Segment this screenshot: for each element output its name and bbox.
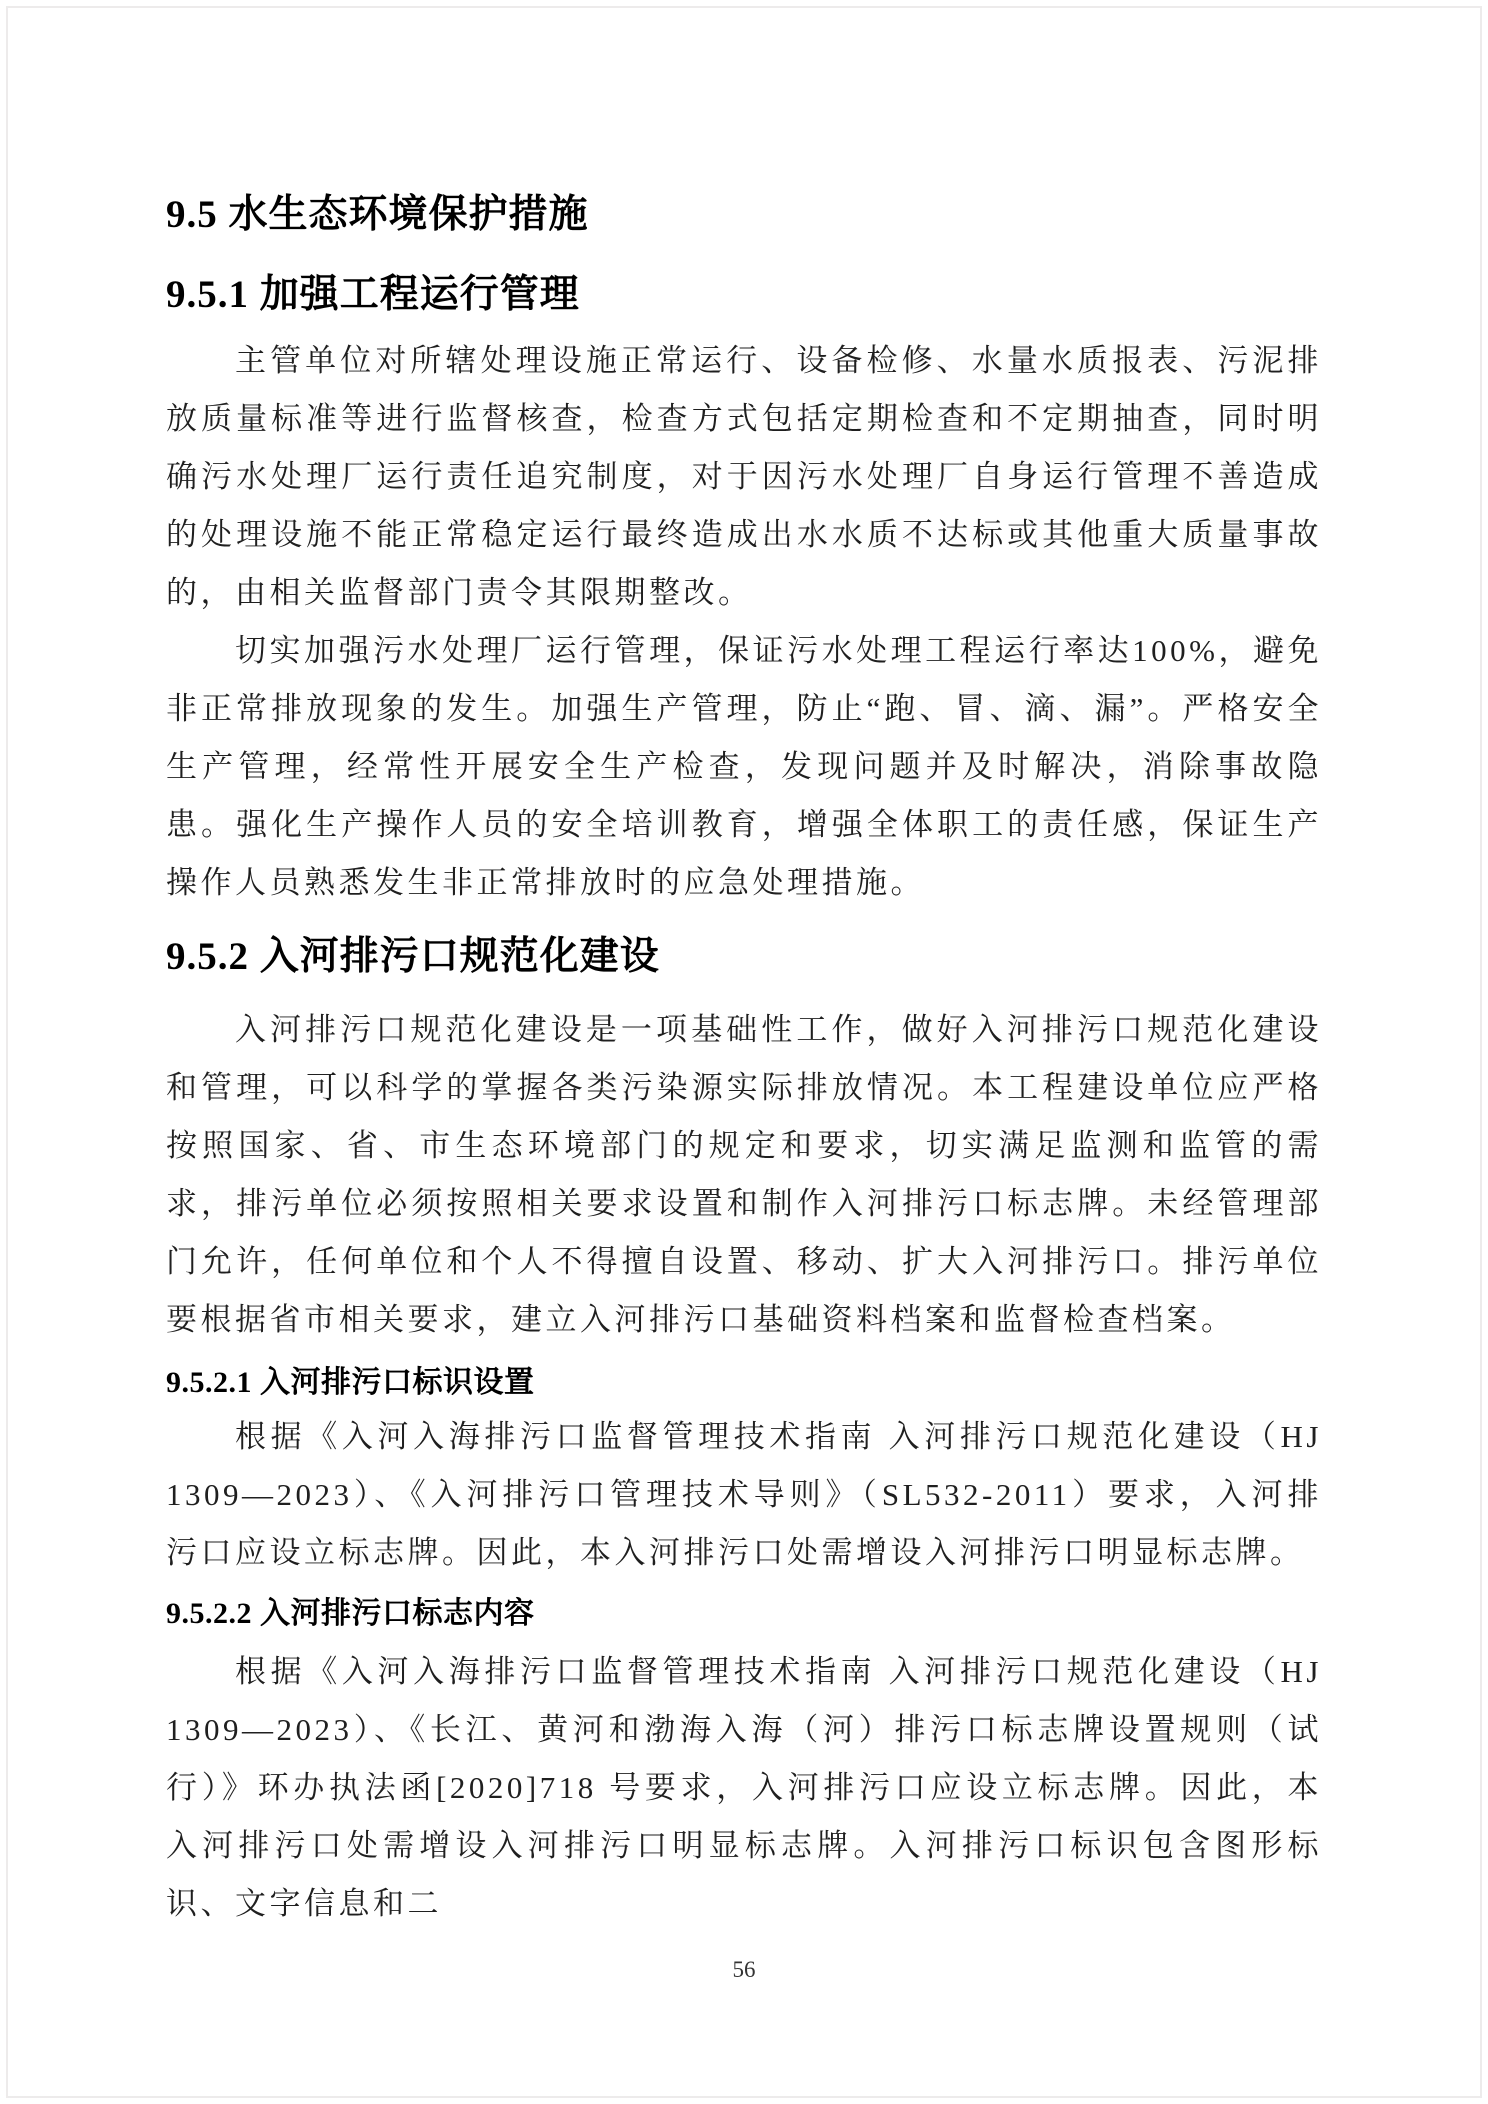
paragraph-outfall-standardization: 入河排污口规范化建设是一项基础性工作，做好入河排污口规范化建设和管理，可以科学的… xyxy=(166,1001,1322,1349)
section-heading-9-5-2-2: 9.5.2.2 入河排污口标志内容 xyxy=(166,1594,1322,1634)
section-heading-9-5-2: 9.5.2 入河排污口规范化建设 xyxy=(166,934,1322,980)
section-heading-9-5: 9.5 水生态环境保护措施 xyxy=(166,192,1322,238)
document-page-content: 9.5 水生态环境保护措施 9.5.1 加强工程运行管理 主管单位对所辖处理设施… xyxy=(0,0,1488,1933)
page-footer: 56 xyxy=(0,1957,1488,1983)
paragraph-outfall-sign-content: 根据《入河入海排污口监督管理技术指南 入河排污口规范化建设（HJ 1309—20… xyxy=(166,1643,1322,1933)
paragraph-operation-management-2: 切实加强污水处理厂运行管理，保证污水处理工程运行率达100%，避免非正常排放现象… xyxy=(166,622,1322,912)
paragraph-operation-management-1: 主管单位对所辖处理设施正常运行、设备检修、水量水质报表、污泥排放质量标准等进行监… xyxy=(166,332,1322,622)
paragraph-outfall-sign-setup: 根据《入河入海排污口监督管理技术指南 入河排污口规范化建设（HJ 1309—20… xyxy=(166,1408,1322,1582)
page-number: 56 xyxy=(733,1957,756,1982)
section-heading-9-5-1: 9.5.1 加强工程运行管理 xyxy=(166,272,1322,318)
section-heading-9-5-2-1: 9.5.2.1 入河排污口标识设置 xyxy=(166,1363,1322,1403)
